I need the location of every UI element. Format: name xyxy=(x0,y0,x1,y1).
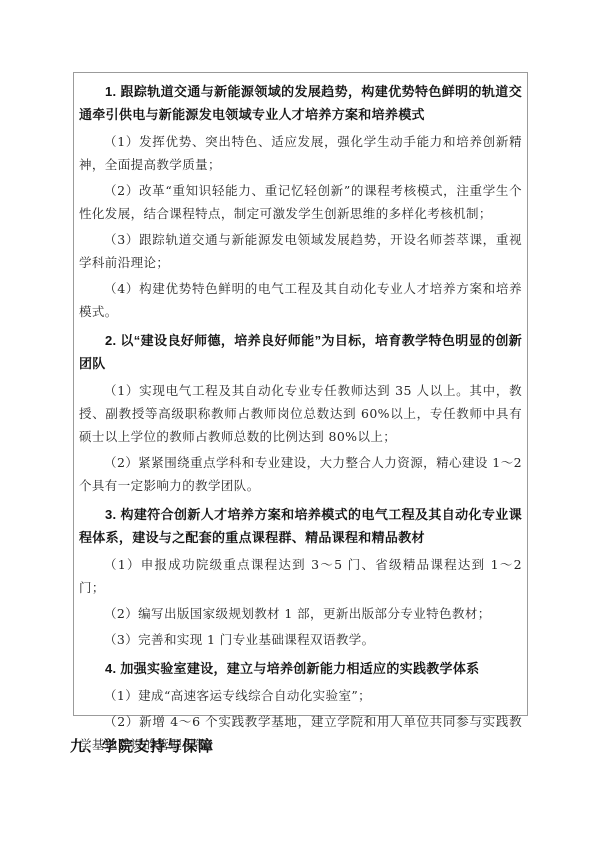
item-1-heading: 1. 跟踪轨道交通与新能源领域的发展趋势，构建优势特色鲜明的轨道交通牵引供电与新… xyxy=(79,80,522,126)
item-3-point-1: （1）申报成功院级重点课程达到 3～5 门、省级精品课程达到 1～2 门； xyxy=(79,553,522,599)
item-1-point-1: （1）发挥优势、突出特色、适应发展，强化学生动手能力和培养创新精神，全面提高教学… xyxy=(79,130,522,176)
item-3-heading: 3. 构建符合创新人才培养方案和培养模式的电气工程及其自动化专业课程体系，建设与… xyxy=(79,503,522,549)
item-3-point-3: （3）完善和实现 1 门专业基础课程双语教学。 xyxy=(79,628,522,651)
item-2-heading: 2. 以“建设良好师德，培养良好师能”为目标，培育教学特色明显的创新团队 xyxy=(79,329,522,375)
objectives-table-cell: 1. 跟踪轨道交通与新能源领域的发展趋势，构建优势特色鲜明的轨道交通牵引供电与新… xyxy=(73,72,528,716)
item-2-point-2: （2）紧紧围绕重点学科和专业建设，大力整合人力资源，精心建设 1～2 个具有一定… xyxy=(79,451,522,497)
item-2-point-1: （1）实现电气工程及其自动化专业专任教师达到 35 人以上。其中，教授、副教授等… xyxy=(79,379,522,448)
item-1-point-2: （2）改革“重知识轻能力、重记忆轻创新”的课程考核模式，注重学生个性化发展，结合… xyxy=(79,179,522,225)
item-1-point-3: （3）跟踪轨道交通与新能源发电领域发展趋势，开设名师荟萃课，重视学科前沿理论； xyxy=(79,228,522,274)
section-heading: 九、学院支持与保障 xyxy=(70,736,214,758)
item-4-point-1: （1）建成“高速客运专线综合自动化实验室”； xyxy=(79,684,522,707)
item-1-point-4: （4）构建优势特色鲜明的电气工程及其自动化专业人才培养方案和培养模式。 xyxy=(79,277,522,323)
item-3-point-2: （2）编写出版国家级规划教材 1 部，更新出版部分专业特色教材； xyxy=(79,602,522,625)
document-page: 1. 跟踪轨道交通与新能源领域的发展趋势，构建优势特色鲜明的轨道交通牵引供电与新… xyxy=(0,0,600,848)
item-4-heading: 4. 加强实验室建设，建立与培养创新能力相适应的实践教学体系 xyxy=(79,657,522,680)
